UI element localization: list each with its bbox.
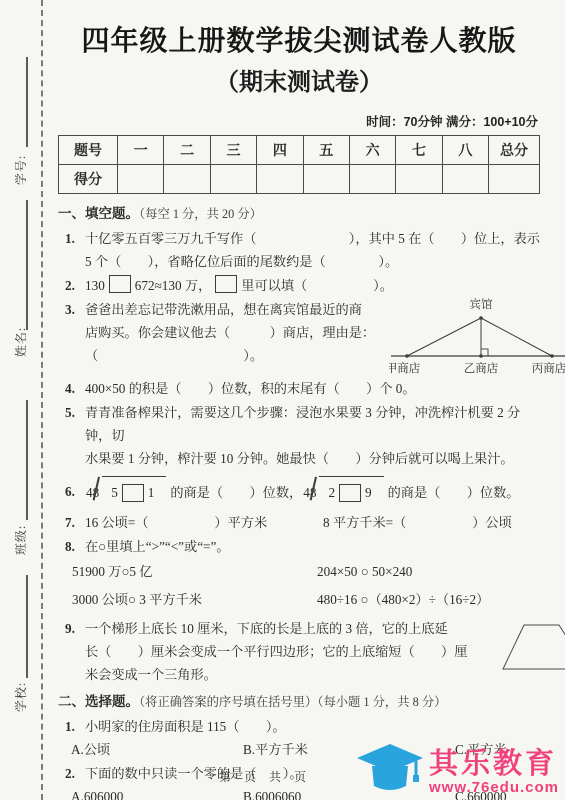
score-cell bbox=[489, 165, 540, 194]
brand-url: www.76edu.com bbox=[429, 779, 559, 796]
score-cell bbox=[303, 165, 349, 194]
score-cell bbox=[210, 165, 256, 194]
comparison-items: 51900 万○5 亿 204×50 ○ 50×240 3000 公顷○ 3 平… bbox=[72, 558, 540, 614]
school-label: 学校: bbox=[14, 667, 28, 727]
answer-box bbox=[339, 484, 361, 502]
question-fragment: 130 bbox=[85, 278, 105, 293]
section1-heading: 一、填空题。（每空 1 分，共 20 分） bbox=[58, 202, 540, 226]
comparison-item: 3000 公顷○ 3 平方千米 bbox=[72, 586, 317, 614]
question-lines: 爸爸出差忘记带洗漱用品，想在离宾馆最近的商 店购买。你会建议他去（ ）商店，理由… bbox=[85, 298, 385, 367]
score-cell bbox=[164, 165, 210, 194]
question-line: 米会变成一个三角形。 bbox=[85, 663, 493, 686]
unit-conversion-right: 8 平方千米=（ ）公顷 bbox=[323, 511, 540, 534]
question-line: 一个梯形上底长 10 厘米，下底的长是上底的 3 倍，它的上底延 bbox=[85, 617, 493, 640]
question-line: 爸爸出差忘记带洗漱用品，想在离宾馆最近的商 bbox=[85, 298, 385, 321]
score-col-header: 一 bbox=[118, 136, 164, 165]
dividend-digit: 1 bbox=[148, 481, 155, 504]
write-line-name bbox=[26, 200, 28, 330]
question-number: 7. bbox=[65, 511, 85, 534]
page-subtitle: （期末测试卷） bbox=[58, 66, 540, 100]
section2-heading: 二、选择题。（将正确答案的序号填在括号里）（每小题 1 分，共 8 分） bbox=[58, 690, 540, 714]
score-col-header: 五 bbox=[303, 136, 349, 165]
question-number: 9. bbox=[65, 617, 85, 640]
question-5: 5. 青青准备榨果汁，需要这几个步骤：浸泡水果要 3 分钟，冲洗榨汁机要 2 分… bbox=[58, 401, 540, 470]
question-3: 3. 爸爸出差忘记带洗漱用品，想在离宾馆最近的商 店购买。你会建议他去（ ）商店… bbox=[58, 298, 540, 376]
exam-paper: 四年级上册数学拔尖测试卷人教版 （期末测试卷） 时间：70分钟 满分：100+1… bbox=[58, 20, 540, 800]
score-col-header: 题号 bbox=[59, 136, 118, 165]
question-line: 5 个（ ），省略亿位后面的尾数约是（ ）。 bbox=[85, 250, 540, 273]
question-line: 长（ ）厘米会变成一个平行四边形；它的上底缩短（ ）厘 bbox=[85, 640, 493, 663]
dividend: 29 bbox=[319, 476, 383, 504]
questions-area: 一、填空题。（每空 1 分，共 20 分） 1. 十亿零五百零三万九千写作（ ）… bbox=[58, 202, 540, 800]
diagram-label-store-b: 乙商店 bbox=[464, 361, 499, 375]
section2-note: （将正确答案的序号填在括号里）（每小题 1 分，共 8 分） bbox=[139, 695, 446, 709]
long-division: 4829 bbox=[303, 476, 383, 504]
dividend-digit: 5 bbox=[111, 481, 118, 504]
question-number: 1. bbox=[65, 715, 85, 738]
question-number: 3. bbox=[65, 298, 85, 321]
question-fragment: 里可以填（ ）。 bbox=[241, 278, 393, 293]
long-division: 4851 bbox=[86, 476, 166, 504]
fold-dashed-line bbox=[41, 0, 43, 800]
question-line: 十亿零五百零三万九千写作（ ），其中 5 在（ ）位上，表示 bbox=[85, 227, 540, 250]
question-text: 4851的商是（ ）位数，4829的商是（ ）位数。 bbox=[85, 476, 540, 504]
question-line: 在○里填上“>”“<”或“=”。 bbox=[85, 535, 540, 558]
question-text: 400×50 的积是（ ）位数，积的末尾有（ ）个 0。 bbox=[85, 377, 540, 400]
question-text: 16 公顷=（ ）平方米 8 平方千米=（ ）公顷 bbox=[85, 511, 540, 534]
comparison-item: 204×50 ○ 50×240 bbox=[317, 558, 540, 586]
question-text: 十亿零五百零三万九千写作（ ），其中 5 在（ ）位上，表示 5 个（ ），省略… bbox=[85, 227, 540, 273]
question-1: 1. 十亿零五百零三万九千写作（ ），其中 5 在（ ）位上，表示 5 个（ ）… bbox=[58, 227, 540, 273]
question-number: 4. bbox=[65, 377, 85, 400]
trapezoid-diagram bbox=[501, 619, 565, 675]
question-number: 5. bbox=[65, 401, 85, 424]
unit-conversion-left: 16 公顷=（ ）平方米 bbox=[85, 511, 323, 534]
answer-box bbox=[122, 484, 144, 502]
diagram-label-hotel: 宾馆 bbox=[470, 297, 493, 311]
score-col-header: 六 bbox=[349, 136, 395, 165]
question-8: 8. 在○里填上“>”“<”或“=”。 51900 万○5 亿 204×50 ○… bbox=[58, 535, 540, 614]
dividend-digit: 2 bbox=[328, 481, 335, 504]
question-fragment: 672≈130 万， bbox=[135, 278, 211, 293]
option-a: A.606000 bbox=[71, 785, 243, 800]
page-title: 四年级上册数学拔尖测试卷人教版 bbox=[58, 20, 540, 62]
question-fragment: 的商是（ ）位数。 bbox=[388, 477, 520, 504]
score-col-header: 总分 bbox=[489, 136, 540, 165]
brand-name: 其乐教育 bbox=[429, 749, 557, 779]
answer-box bbox=[215, 275, 237, 293]
question-text: 青青准备榨果汁，需要这几个步骤：浸泡水果要 3 分钟，冲洗榨汁机要 2 分钟，切… bbox=[85, 401, 540, 470]
score-cell bbox=[349, 165, 395, 194]
score-cell bbox=[396, 165, 442, 194]
question-6: 6. 4851的商是（ ）位数，4829的商是（ ）位数。 bbox=[58, 476, 540, 504]
score-table-score-row: 得分 bbox=[59, 165, 540, 194]
graduation-cap-icon bbox=[357, 742, 423, 798]
class-label: 班级: bbox=[14, 510, 28, 570]
brand-texts: 其乐教育 www.76edu.com bbox=[429, 749, 559, 798]
score-table-header-row: 题号 一 二 三 四 五 六 七 八 总分 bbox=[59, 136, 540, 165]
question-fragment: 的商是（ ）位数， bbox=[170, 477, 302, 504]
comparison-item: 51900 万○5 亿 bbox=[72, 558, 317, 586]
score-cell bbox=[257, 165, 303, 194]
answer-box bbox=[109, 275, 131, 293]
question-line: （ ）。 bbox=[85, 344, 385, 367]
comparison-item: 480÷16 ○（480×2）÷（16÷2） bbox=[317, 586, 540, 614]
score-col-header: 八 bbox=[442, 136, 488, 165]
score-row-label: 得分 bbox=[59, 165, 118, 194]
score-col-header: 三 bbox=[210, 136, 256, 165]
question-7: 7. 16 公顷=（ ）平方米 8 平方千米=（ ）公顷 bbox=[58, 511, 540, 534]
hotel-distance-diagram: 宾馆 甲商店 乙商店 丙商店 bbox=[389, 294, 565, 376]
section1-title: 一、填空题。 bbox=[58, 206, 139, 221]
question-number: 2. bbox=[65, 274, 85, 297]
diagram-label-store-c: 丙商店 bbox=[532, 361, 565, 375]
question-9: 9. 一个梯形上底长 10 厘米，下底的长是上底的 3 倍，它的上底延 长（ ）… bbox=[58, 617, 540, 686]
score-table: 题号 一 二 三 四 五 六 七 八 总分 得分 bbox=[58, 135, 540, 194]
score-col-header: 四 bbox=[257, 136, 303, 165]
question-line: 青青准备榨果汁，需要这几个步骤：浸泡水果要 3 分钟，冲洗榨汁机要 2 分钟，切 bbox=[85, 401, 540, 447]
student-id-label: 学号: bbox=[14, 140, 28, 200]
section2-title: 二、选择题。 bbox=[58, 694, 139, 709]
dividend: 51 bbox=[102, 476, 166, 504]
section1-note: （每空 1 分，共 20 分） bbox=[139, 207, 262, 221]
score-col-header: 七 bbox=[396, 136, 442, 165]
question-line: 店购买。你会建议他去（ ）商店，理由是： bbox=[85, 321, 385, 344]
dividend-digit: 9 bbox=[365, 481, 372, 504]
score-cell bbox=[442, 165, 488, 194]
write-line-student-id bbox=[26, 57, 28, 147]
write-line-school bbox=[26, 575, 28, 678]
question-number: 6. bbox=[65, 476, 85, 503]
score-col-header: 二 bbox=[164, 136, 210, 165]
question-line: 小明家的住房面积是 115（ ）。 bbox=[85, 715, 540, 738]
question-number: 8. bbox=[65, 535, 85, 558]
write-line-class bbox=[26, 400, 28, 520]
question-text: 爸爸出差忘记带洗漱用品，想在离宾馆最近的商 店购买。你会建议他去（ ）商店，理由… bbox=[85, 298, 540, 376]
option-a: A.公顷 bbox=[71, 738, 243, 761]
name-label: 姓名: bbox=[14, 312, 28, 372]
question-lines: 一个梯形上底长 10 厘米，下底的长是上底的 3 倍，它的上底延 长（ ）厘米会… bbox=[85, 617, 493, 686]
diagram-label-store-a: 甲商店 bbox=[389, 361, 421, 375]
question-4: 4. 400×50 的积是（ ）位数，积的末尾有（ ）个 0。 bbox=[58, 377, 540, 400]
brand-logo: 其乐教育 www.76edu.com bbox=[357, 742, 559, 798]
exam-meta: 时间：70分钟 满分：100+10分 bbox=[58, 112, 540, 130]
question-text: 在○里填上“>”“<”或“=”。 51900 万○5 亿 204×50 ○ 50… bbox=[85, 535, 540, 614]
score-cell bbox=[118, 165, 164, 194]
question-text: 一个梯形上底长 10 厘米，下底的长是上底的 3 倍，它的上底延 长（ ）厘米会… bbox=[85, 617, 540, 686]
question-number: 1. bbox=[65, 227, 85, 250]
question-line: 水果要 1 分钟，榨汁要 10 分钟。她最快（ ）分钟后就可以喝上果汁。 bbox=[85, 447, 540, 470]
